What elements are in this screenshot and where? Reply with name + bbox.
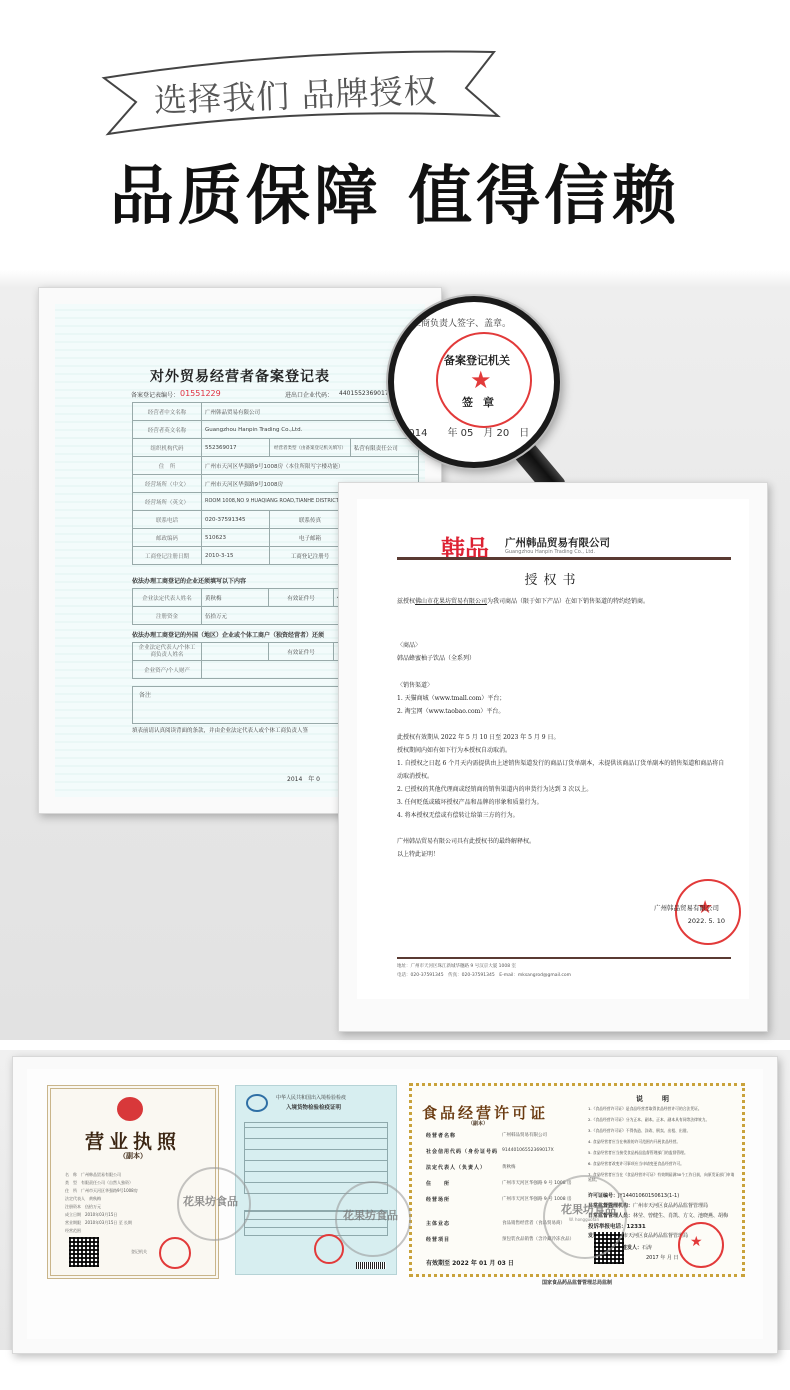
intro-suffix: 为我司商品（限于如下产品）在如下销售渠道的特约经销商。 [487,598,649,605]
star-icon: ★ [690,1234,703,1250]
row-label: 邮政编码 [133,529,202,547]
company-name-en: Guangzhou Hanpin Trading Co., Ltd. [505,549,595,555]
signer-value: 石涛 [642,1245,652,1251]
footer-contact: 电话：020-37591345 传真：020-37591345 E-mail：m… [397,972,571,978]
row-label: 企业法定代表人姓名 [133,589,202,607]
row-value: 广州韩品贸易有限公司 [202,403,419,421]
permit-field-label: 经营项目 [426,1236,498,1243]
revoke-heading: 授权期间内如有如下行为本授权自动取消。 [397,744,729,757]
registration-no: 01551229 [180,389,221,398]
permit-signer: 签发人：石涛 [622,1244,652,1251]
intro-prefix: 兹授权 [397,598,415,605]
row-value: 510623 [202,529,270,547]
product-heading: 〈商品〉 [397,639,729,652]
remarks-label: 备注 [139,690,151,699]
license-field: 名 称 广州韩品贸易有限公司 [65,1171,205,1179]
channel-heading: 〈销售渠道〉 [397,679,729,692]
row-value: 黄秋梅 [202,589,269,607]
row-label: 企业资产/个人财产 [133,661,202,679]
watermark-text: 花果坊食品 [343,1207,398,1223]
license-issuer: 登记机关 [131,1249,147,1255]
license-subtitle: （副本） [51,1151,215,1161]
row-value: 私营有限责任公司 [350,439,418,457]
watermark-text: 花果坊食品 [183,1193,238,1209]
row-label: 经营者英文名称 [133,421,202,439]
signer-label: 签发人： [622,1245,642,1251]
permit-note: 3.《食品经营许可证》不得伪造、涂改、倒卖、出租、出借。 [588,1128,736,1138]
channel-item: 2. 淘宝网（www.taobao.com）平台。 [397,705,729,718]
revoke-item: 1. 自授权之日起 6 个月天内需提供由上述销售渠道发行的商品订货单副本，未提供… [397,757,729,783]
section2-heading: 依法办理工商登记的外国（地区）企业或个体工商户（独资经营者）还须 [132,630,324,639]
permit-field-value: 91440106552369017X [502,1148,554,1153]
watermark-subtext: W. hongguofan [569,1217,599,1222]
row-label: 企业法定代表人/个体工商负责人姓名 [133,643,202,661]
ribbon-text: 选择我们 品牌授权 [153,65,438,122]
row-label: 工商登记注册日期 [133,547,202,565]
permit-note: 6. 食品经营者改变许可事项应当申请变更食品经营许可。 [588,1161,736,1171]
row-label: 经营者中文名称 [133,403,202,421]
row-label: 有效证件号 [269,589,334,607]
row-label: 组织机构代码 [133,439,202,457]
watermark-text: 花果坊食品 [561,1201,616,1217]
row-label: 联系电话 [133,511,202,529]
license-title: 营业执照 [51,1127,215,1154]
permit-note: 1.《食品经营许可证》是食品经营者取得食品经营许可的合法凭证。 [588,1106,736,1116]
permit-validity: 有效期至 2022 年 01 月 03 日 [426,1258,514,1267]
grantee: 佛山市花果坊贸易有限公司 [415,598,487,605]
notes-title: 说 明 [636,1094,675,1104]
permit-field-label: 经营者名称 [426,1132,498,1139]
daily-authority-value: 广州市天河区食品药品监督管理局 [633,1203,708,1209]
form-date: 2014 年 0 [287,774,320,783]
revoke-item: 4. 将本授权无偿或有偿转让给第三方的行为。 [397,809,729,822]
validity: 此授权有效期从 2022 年 5 月 10 日至 2023 年 5 月 9 日。 [397,731,729,744]
issuer-value: 广州市天河区食品药品监督管理局 [613,1233,688,1239]
inspection-header1: 中华人民共和国出入境检验检疫 [276,1094,346,1101]
row-value: Guangzhou Hanpin Trading Co.,Ltd. [202,421,419,439]
permit-subtitle: （副本） [468,1120,528,1127]
permit-field-value: 黄秋梅 [502,1164,516,1170]
row-value: 552369017 [202,439,270,457]
section1-heading: 依法办理工商登记的企业还须填写以下内容 [132,576,246,585]
row-value: 广州市天河区华强路9号1008房（本住所限写字楼功能） [202,457,419,475]
ciq-logo-icon [246,1094,268,1112]
row-value: 020-37591345 [202,511,270,529]
permit-field-label: 社会信用代码（身份证号码） [426,1148,498,1155]
row-label: 有效证件号 [269,643,334,661]
hotline-value: 12331 [627,1224,646,1230]
permit-field-label: 住 所 [426,1180,498,1187]
enterprise-code: 4401552369017 [339,390,389,397]
magnified-date: 2014 年 05 月 20 日 [402,424,529,439]
closing-1: 广州韩品贸易有限公司具有此授权书的最终解释权。 [397,835,729,848]
permit-field-label: 主体业态 [426,1220,498,1227]
footer-rule [397,957,731,959]
authorization-intro: 兹授权佛山市花果坊贸易有限公司为我司商品（限于如下产品）在如下销售渠道的特约经销… [397,595,729,608]
inspection-header2: 入境货物检验检疫证明 [286,1103,341,1111]
row-label: 住 所 [133,457,202,475]
row-label: 注册资金 [133,607,202,625]
star-icon: ★ [470,368,492,392]
national-emblem-icon [117,1097,143,1121]
footer-note: 填表前请认真阅读背面的条款，并由企业法定代表人或个体工商负责人签 [132,726,308,734]
registration-no-label: 备案登记表编号： [131,390,179,399]
authorization-title: 授权书 [357,569,749,588]
permit-footer: 国家食品药品监督管理总局监制 [409,1279,745,1286]
signature: 广州韩品贸易有限公司 [654,903,719,912]
ribbon-banner: 选择我们 品牌授权 [96,44,506,136]
permit-no-value: JY14401060150613(1-1) [618,1193,679,1199]
row-label: 经营场所（中文） [133,475,202,493]
header-rule [397,557,731,560]
row-label: 经营者类型（由备案登记机关填写） [270,439,350,457]
revoke-item: 3. 任何贬低或破坏授权产品和品牌的形象和质量行为。 [397,796,729,809]
daily-staff-value: 林莹、曾健生、肖凯、方文、池晓燕、胡梅 [633,1213,728,1219]
footer-address: 地址：广州市天河区珠江新城华穗路 9 号汉京大厦 1008 室 [397,963,516,969]
magnifier-lens: 工商负责人签字、盖章。 备案登记机关 ★ 签章 2014 年 05 月 20 日 [388,296,560,468]
headline: 品质保障 值得信赖 [0,145,790,237]
magnifier-text: 工商负责人签字、盖章。 [412,316,511,329]
certificates-frame: 营业执照 （副本） 名 称 广州韩品贸易有限公司 类 型 有限责任公司（自然人独… [12,1056,778,1354]
revoke-item: 2. 已授权的其他代理商或经销商的销售渠道内的串货行为达到 3 次以上。 [397,783,729,796]
permit-note: 2.《食品经营许可证》分为正本、副本。正本、副本具有同等法律效力。 [588,1117,736,1127]
closing-2: 以上特此证明！ [397,848,729,861]
issue-date: 2017 年 月 日 [646,1254,679,1261]
qr-code [69,1237,99,1267]
company-name-cn: 广州韩品贸易有限公司 [505,535,610,550]
channel-item: 1. 天猫商城（www.tmall.com）平台； [397,692,729,705]
permit-note: 4. 食品经营者应当在核准的许可范围内开展食品经营。 [588,1139,736,1149]
permit-field-label: 经营场所 [426,1196,498,1203]
registration-form-title: 对外贸易经营者备案登记表 [55,366,425,386]
permit-note: 7. 食品经营者应当在《食品经营许可证》有效期届满30个工作日前，向原发证部门申… [588,1172,736,1182]
row-value [202,643,269,661]
enterprise-code-label: 进出口企业代码： [285,390,333,399]
product: 韩品蜂蜜柚子饮品（全系列） [397,652,729,665]
authorization-letter-frame: 韩品 广州韩品贸易有限公司 Guangzhou Hanpin Trading C… [338,482,768,1032]
permit-note: 5. 食品经营者应当接受食品药品监督管理部门的监督管理。 [588,1150,736,1160]
permit-field-value: 广州韩品贸易有限公司 [502,1132,547,1138]
license-field: 经营范围 [65,1227,205,1235]
permit-field-label: 法定代表人（负责人） [426,1164,498,1171]
row-value: 2010-3-15 [202,547,270,565]
sign-date: 2022. 5. 10 [688,917,725,925]
license-seal [159,1237,191,1269]
authorization-letter-paper: 韩品 广州韩品贸易有限公司 Guangzhou Hanpin Trading C… [357,499,749,999]
magnified-seal-label: 签章 [462,394,504,410]
barcode [356,1262,386,1269]
row-label: 经营场所（英文） [133,493,202,511]
